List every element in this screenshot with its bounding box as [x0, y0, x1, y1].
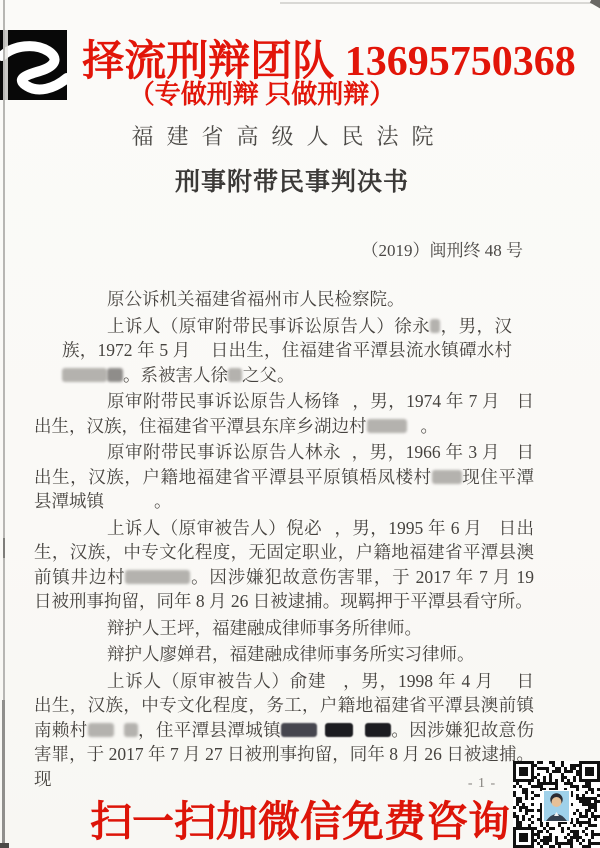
redaction-blur	[228, 368, 242, 382]
redaction-blur	[367, 419, 407, 433]
scan-corner-artifact	[0, 843, 9, 848]
redaction-blur	[430, 319, 440, 333]
court-name: 福建省高级人民法院	[0, 120, 578, 151]
redacted-gap	[191, 355, 211, 356]
judgment-paragraph: 上诉人（原审被告人）倪必，男，1995 年 6 月日出生，汉族，中专文化程度，无…	[34, 516, 534, 614]
judgment-paragraph: 原审附带民事诉讼原告人林永，男，1966 年 3 月日出生，汉族，户籍地福建省平…	[34, 440, 534, 514]
redacted-gap	[322, 533, 334, 534]
judgment-paragraph: 辩护人王坪，福建融成律师事务所律师。	[34, 616, 534, 641]
redaction-blur	[432, 470, 462, 484]
qr-contact-photo	[542, 790, 571, 822]
redacted-gap	[353, 735, 365, 736]
redacted-gap	[317, 735, 325, 736]
scan-edge-artifact	[280, 2, 600, 4]
redacted-gap	[114, 735, 124, 736]
redaction-blur	[125, 570, 190, 584]
redaction-blur	[365, 723, 391, 737]
scan-fold-line	[5, 30, 8, 100]
redacted-gap	[326, 686, 342, 687]
document-title: 刑事附带民事判决书	[0, 162, 584, 198]
watermark-subtitle: （专做刑辩 只做刑辩）	[0, 74, 524, 111]
scanned-judgment-page: 择流刑辩团队 13695750368 （专做刑辩 只做刑辩） 福建省高级人民法院…	[0, 0, 600, 848]
scan-corner-artifact	[590, 0, 600, 8]
redaction-blur	[62, 368, 107, 382]
wechat-qr-code	[513, 761, 600, 848]
redacted-gap	[341, 457, 351, 458]
redacted-gap	[494, 686, 516, 687]
scan-fold-mark	[2, 700, 5, 848]
redaction-blur	[107, 368, 123, 382]
judgment-paragraph: 上诉人（原审附带民事诉讼原告人）徐永，男，汉族，1972 年 5 月日出生，住福…	[62, 314, 512, 388]
redacted-gap	[407, 431, 421, 432]
redacted-gap	[482, 533, 498, 534]
judgment-paragraph: 辩护人廖婵君，福建融成律师事务所实习律师。	[34, 642, 534, 667]
redaction-blur	[325, 723, 353, 737]
redaction-blur	[88, 723, 114, 737]
redaction-blur	[281, 723, 317, 737]
redacted-gap	[340, 406, 352, 407]
scan-fold-mark	[3, 538, 5, 558]
judgment-paragraph: 上诉人（原审被告人）俞建，男，1998 年 4 月日出生，汉族，中专文化程度，务…	[34, 669, 534, 792]
redacted-gap	[104, 506, 154, 507]
judgment-paragraph: 原公诉机关福建省福州市人民检察院。	[34, 287, 534, 312]
wave-z-logo-icon	[0, 30, 67, 100]
redacted-gap	[500, 457, 516, 458]
watermark-footer: 扫一扫加微信免费咨询	[40, 789, 560, 848]
judgment-body: 原公诉机关福建省福州市人民检察院。上诉人（原审附带民事诉讼原告人）徐永，男，汉族…	[0, 287, 600, 793]
redacted-gap	[500, 406, 516, 407]
case-number: （2019）闽刑终 48 号	[362, 236, 524, 261]
redaction-blur	[124, 723, 138, 737]
judgment-paragraph: 原审附带民事诉讼原告人杨锋，男，1974 年 7 月日出生，汉族，住福建省平潭县…	[34, 389, 534, 438]
